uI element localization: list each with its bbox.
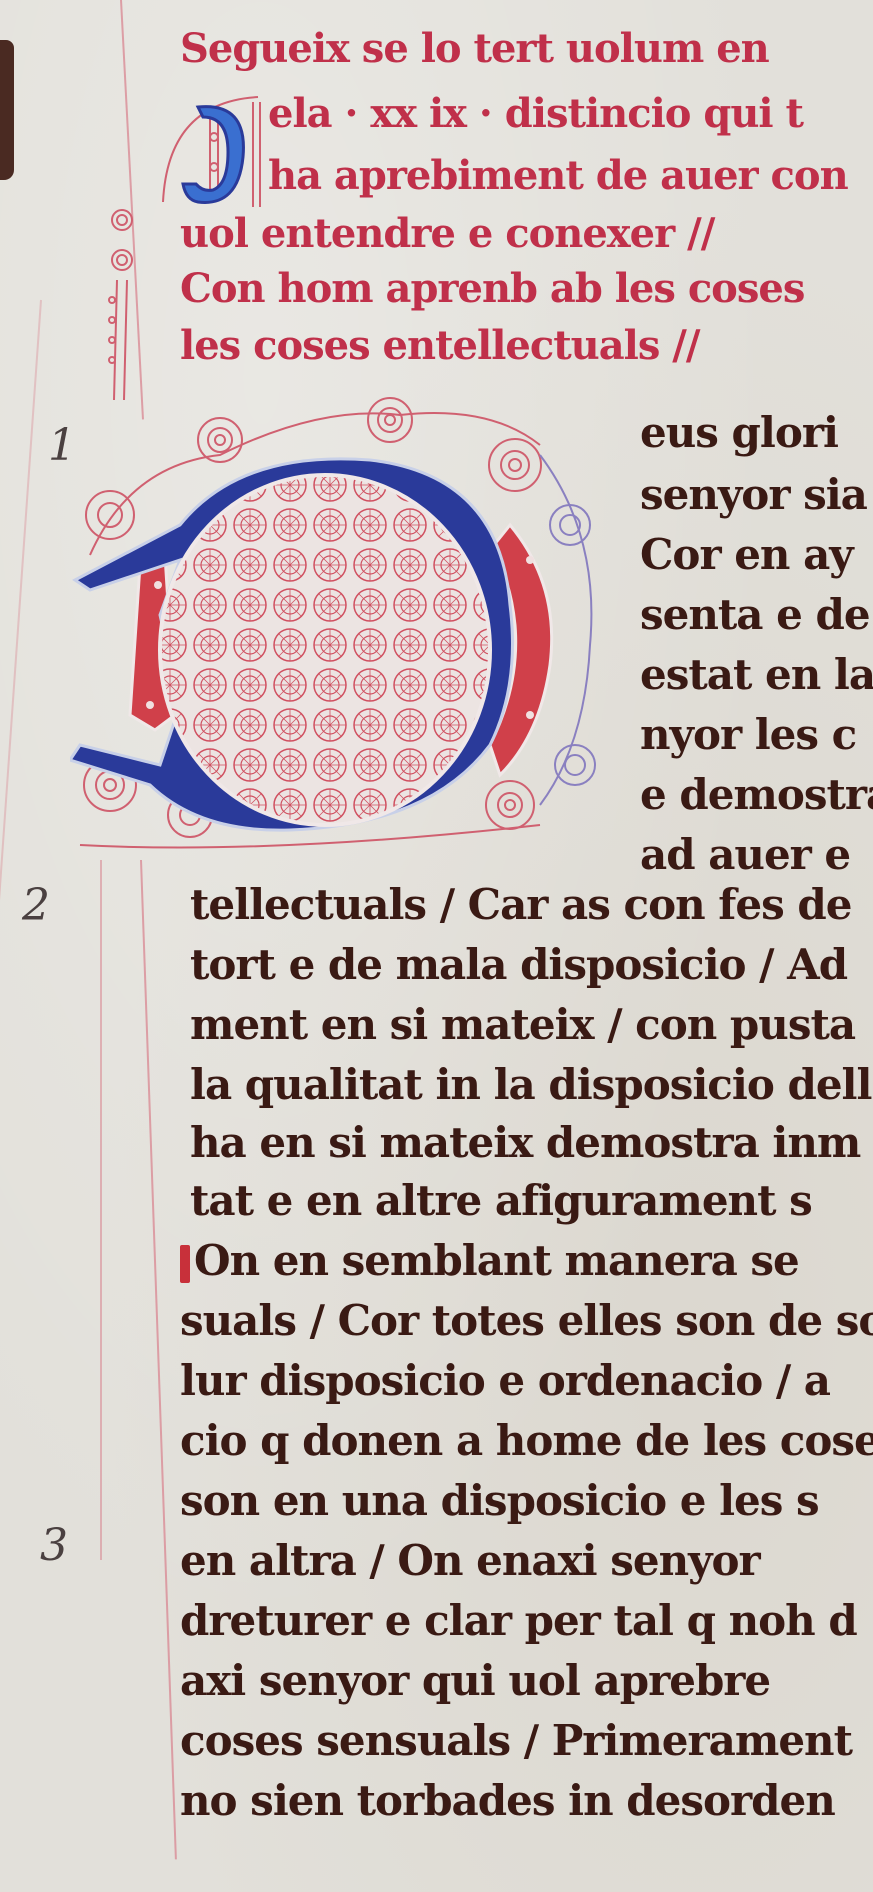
text-line: lur disposicio e ordenacio / a bbox=[180, 1356, 830, 1405]
penwork-flourish bbox=[92, 200, 152, 400]
text-line: senyor sia bbox=[640, 470, 867, 519]
marginal-number: 3 bbox=[40, 1520, 68, 1571]
marginal-number: 2 bbox=[22, 880, 50, 931]
illuminated-initial-d bbox=[70, 385, 630, 855]
margin-ruling-line bbox=[140, 860, 177, 1859]
text-line: eus glori bbox=[640, 408, 838, 457]
text-line: On en semblant manera se bbox=[180, 1236, 799, 1285]
text-line: ha en si mateix demostra inm bbox=[190, 1118, 860, 1167]
text-line: suals / Cor totes elles son de sor bbox=[180, 1296, 873, 1345]
text-line: axi senyor qui uol aprebre bbox=[180, 1656, 770, 1705]
text-line: Cor en ay bbox=[640, 530, 853, 579]
text-line-content: On en semblant manera se bbox=[194, 1236, 799, 1285]
text-line: nyor les c bbox=[640, 710, 856, 759]
text-line: cio q donen a home de les cose bbox=[180, 1416, 873, 1465]
text-line: tellectuals / Car as con fes de bbox=[190, 880, 851, 929]
rubric-line: Segueix se lo tert uolum en bbox=[180, 25, 769, 72]
text-line: no sien torbades in desorden bbox=[180, 1776, 835, 1825]
rubric-line: Con hom aprenb ab les coses bbox=[180, 265, 804, 312]
manuscript-page: Segueix se lo tert uolum en ela · xx ix … bbox=[0, 0, 873, 1892]
text-line: en altra / On enaxi senyor bbox=[180, 1536, 760, 1585]
text-line: ad auer e bbox=[640, 830, 850, 879]
marginal-number: 1 bbox=[48, 420, 76, 471]
text-line: estat en la bbox=[640, 650, 873, 699]
rubric-line: ha aprebiment de auer con bbox=[268, 152, 848, 199]
torn-page-edge bbox=[0, 40, 14, 180]
text-line: e demostra bbox=[640, 770, 873, 819]
text-line: coses sensuals / Primerament bbox=[180, 1716, 852, 1765]
rubric-line: uol entendre e conexer // bbox=[180, 210, 714, 257]
text-line: tort e de mala disposicio / Ad bbox=[190, 940, 847, 989]
text-line: la qualitat in la disposicio dell bbox=[190, 1060, 871, 1109]
rubric-line: les coses entellectuals // bbox=[180, 322, 700, 369]
text-line: son en una disposicio e les s bbox=[180, 1476, 819, 1525]
text-line: senta e de bbox=[640, 590, 870, 639]
text-line: dreturer e clar per tal q noh d bbox=[180, 1596, 857, 1645]
red-paragraph-mark bbox=[180, 1245, 190, 1283]
text-line: ment en si mateix / con pusta bbox=[190, 1000, 855, 1049]
margin-ruling-line bbox=[0, 300, 42, 1796]
rubric-line: ela · xx ix · distincio qui t bbox=[268, 90, 803, 137]
margin-ruling-line bbox=[100, 860, 102, 1560]
text-line: tat e en altre afigurament s bbox=[190, 1176, 812, 1225]
small-initial-d bbox=[158, 92, 268, 212]
